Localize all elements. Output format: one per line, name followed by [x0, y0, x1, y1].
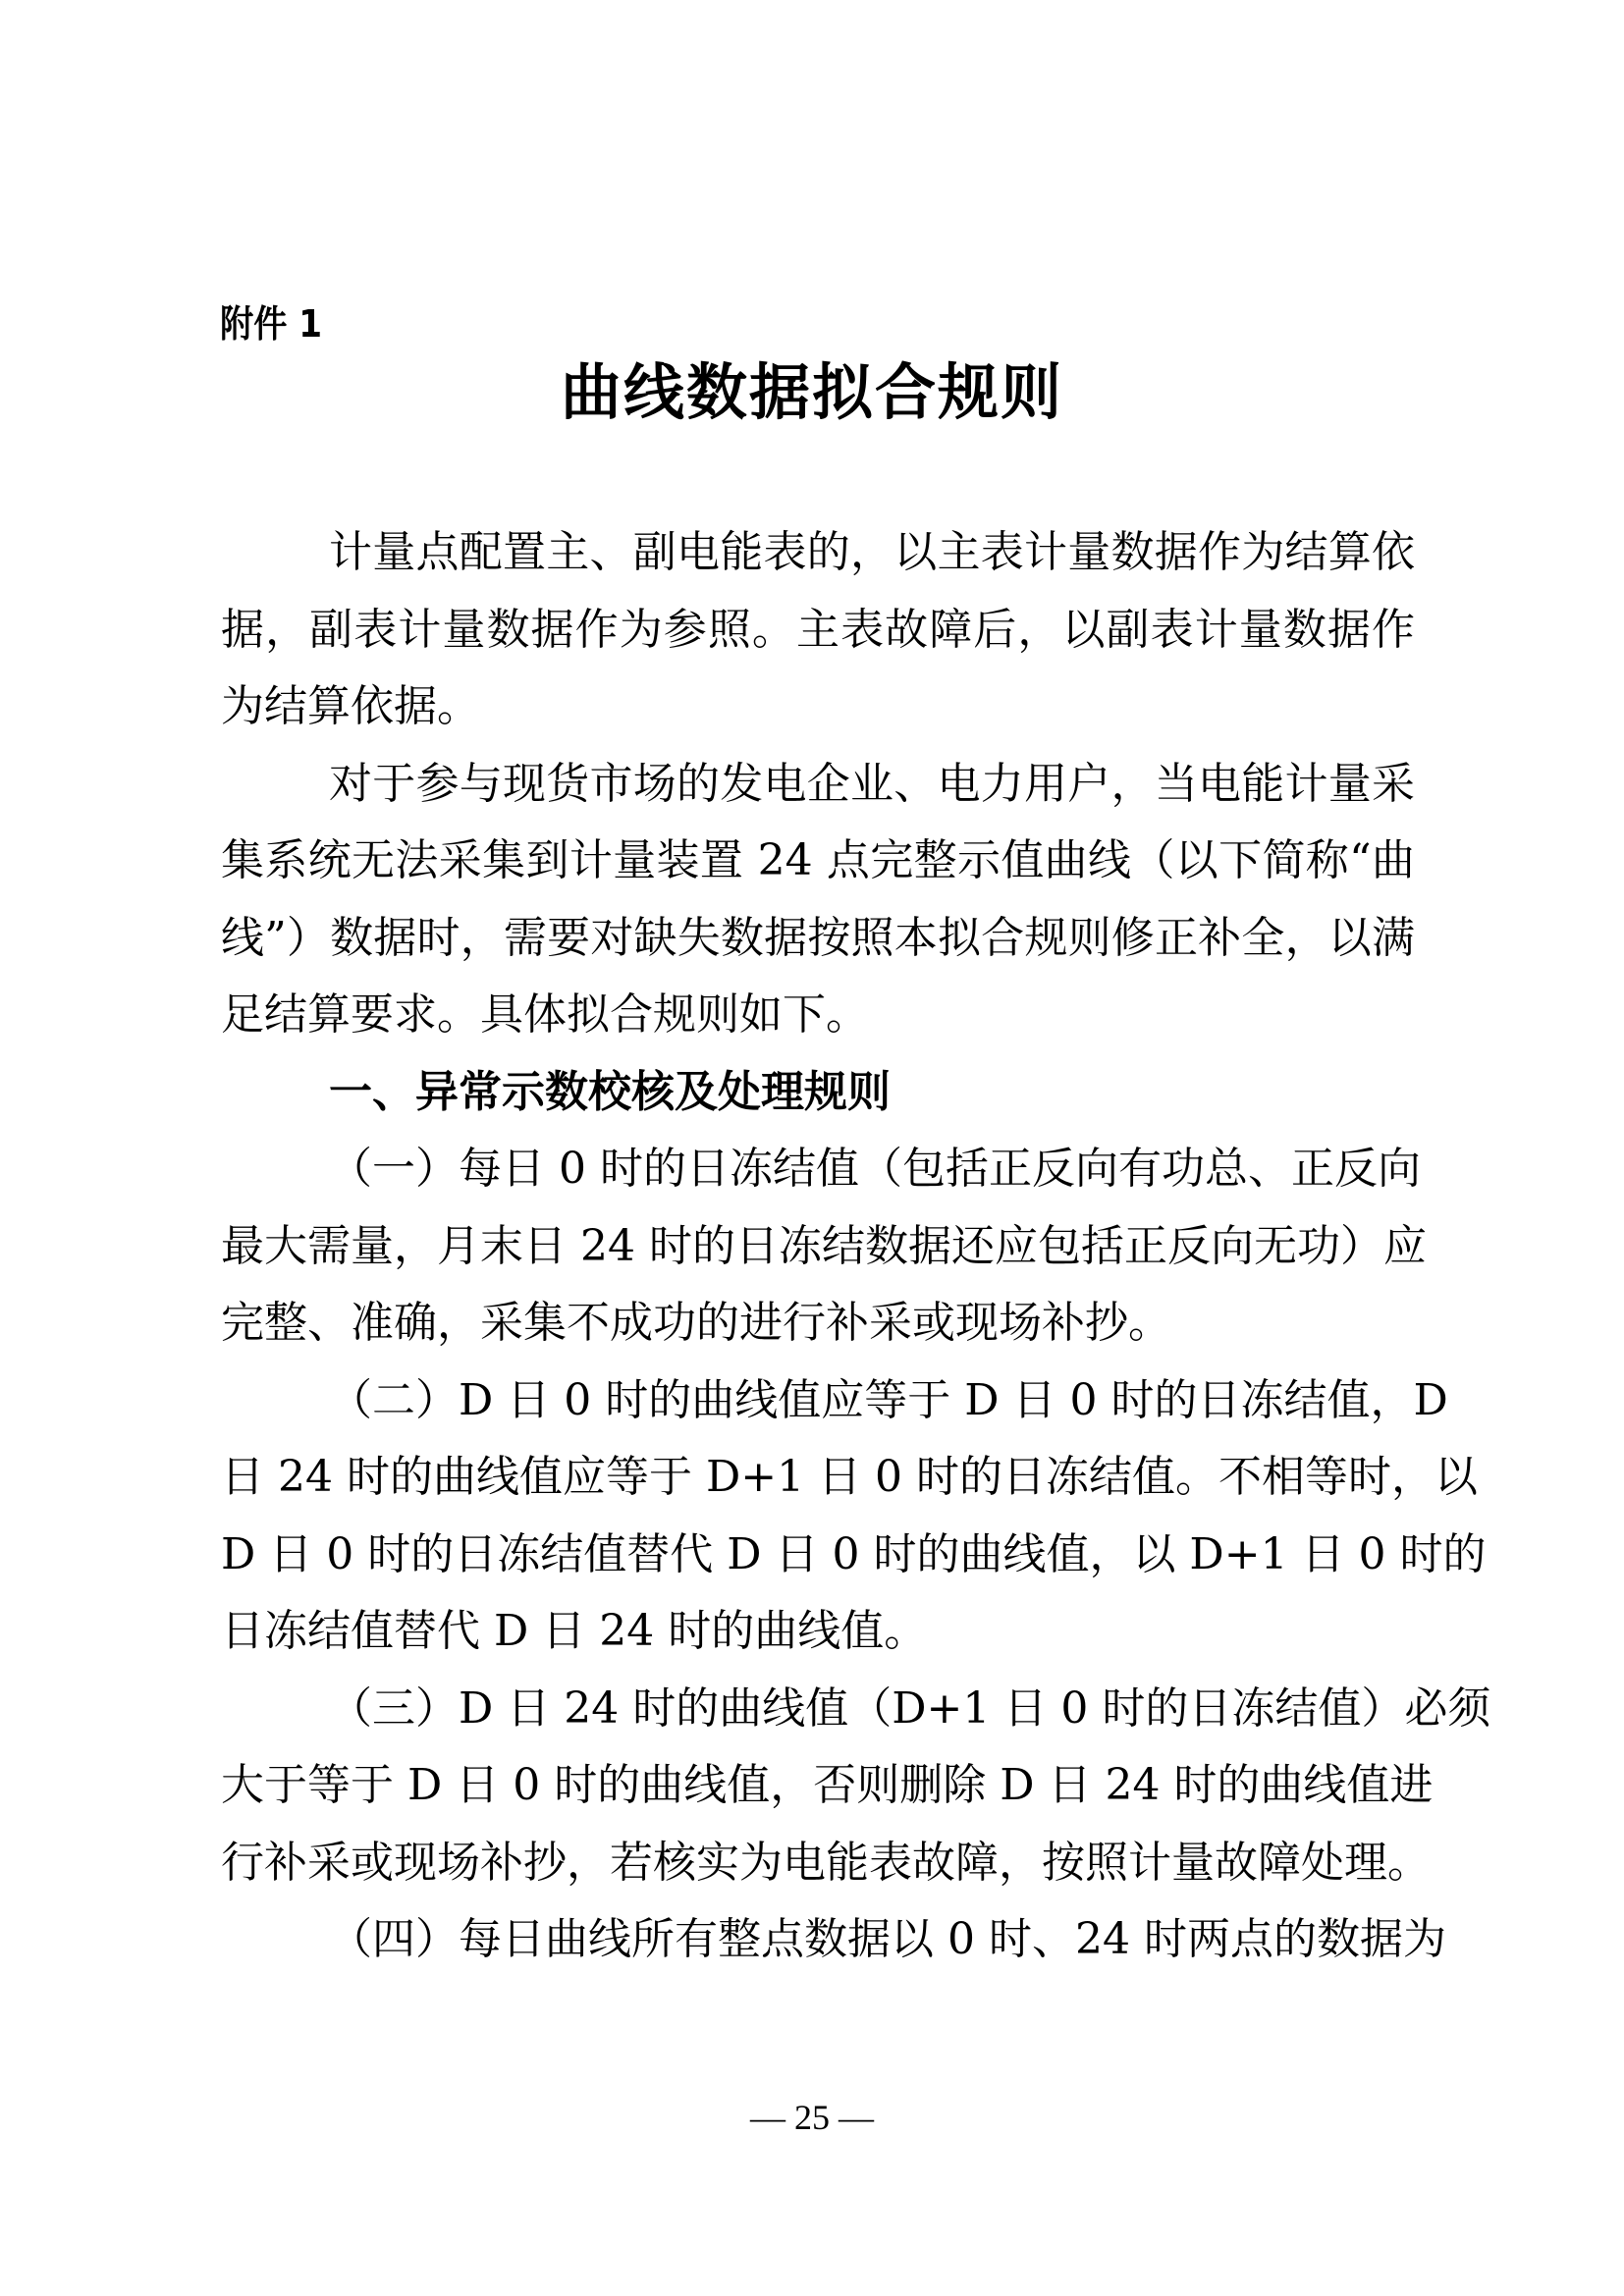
text-line: 行补采或现场补抄，若核实为电能表故障，按照计量故障处理。: [221, 1825, 1415, 1902]
text-line: 日冻结值替代 D 日 24 时的曲线值。: [221, 1593, 1415, 1671]
paragraph: （二）D 日 0 时的曲线值应等于 D 日 0 时的日冻结值，D 日 24 时的…: [221, 1362, 1415, 1671]
document-body: 计量点配置主、副电能表的，以主表计量数据作为结算依 据，副表计量数据作为参照。主…: [221, 514, 1415, 1979]
text-line: 最大需量，月末日 24 时的日冻结数据还应包括正反向无功）应: [221, 1208, 1415, 1286]
text-line: （一）每日 0 时的日冻结值（包括正反向有功总、正反向: [221, 1131, 1415, 1208]
text-line: （三）D 日 24 时的曲线值（D+1 日 0 时的日冻结值）必须: [221, 1671, 1415, 1748]
paragraph: （一）每日 0 时的日冻结值（包括正反向有功总、正反向 最大需量，月末日 24 …: [221, 1131, 1415, 1362]
text-line: 完整、准确，采集不成功的进行补采或现场补抄。: [221, 1285, 1415, 1362]
page-number: — 25 —: [0, 2093, 1624, 2142]
text-line: 为结算依据。: [221, 668, 1415, 746]
paragraph: （四）每日曲线所有整点数据以 0 时、24 时两点的数据为: [221, 1901, 1415, 1979]
text-line: 线”）数据时，需要对缺失数据按照本拟合规则修正补全，以满: [221, 900, 1415, 978]
text-line: 集系统无法采集到计量装置 24 点完整示值曲线（以下简称“曲: [221, 823, 1415, 900]
text-line: 对于参与现货市场的发电企业、电力用户，当电能计量采: [221, 746, 1415, 824]
paragraph: （三）D 日 24 时的曲线值（D+1 日 0 时的日冻结值）必须 大于等于 D…: [221, 1671, 1415, 1902]
section-heading: 一、异常示数校核及处理规则: [221, 1054, 1415, 1132]
section-heading-text: 一、异常示数校核及处理规则: [221, 1054, 1415, 1132]
paragraph: 计量点配置主、副电能表的，以主表计量数据作为结算依 据，副表计量数据作为参照。主…: [221, 514, 1415, 746]
text-line: 据，副表计量数据作为参照。主表故障后，以副表计量数据作: [221, 592, 1415, 669]
text-line: （四）每日曲线所有整点数据以 0 时、24 时两点的数据为: [221, 1901, 1415, 1979]
text-line: 日 24 时的曲线值应等于 D+1 日 0 时的日冻结值。不相等时，以: [221, 1439, 1415, 1517]
text-line: 大于等于 D 日 0 时的曲线值，否则删除 D 日 24 时的曲线值进: [221, 1747, 1415, 1825]
paragraph: 对于参与现货市场的发电企业、电力用户，当电能计量采 集系统无法采集到计量装置 2…: [221, 746, 1415, 1054]
text-line: （二）D 日 0 时的曲线值应等于 D 日 0 时的日冻结值，D: [221, 1362, 1415, 1440]
attachment-label: 附件 1: [220, 296, 322, 351]
text-line: 足结算要求。具体拟合规则如下。: [221, 977, 1415, 1054]
document-page: 附件 1 曲线数据拟合规则 计量点配置主、副电能表的，以主表计量数据作为结算依 …: [0, 0, 1624, 2296]
document-title: 曲线数据拟合规则: [0, 351, 1624, 434]
text-line: 计量点配置主、副电能表的，以主表计量数据作为结算依: [221, 514, 1415, 592]
text-line: D 日 0 时的日冻结值替代 D 日 0 时的曲线值，以 D+1 日 0 时的: [221, 1517, 1415, 1594]
